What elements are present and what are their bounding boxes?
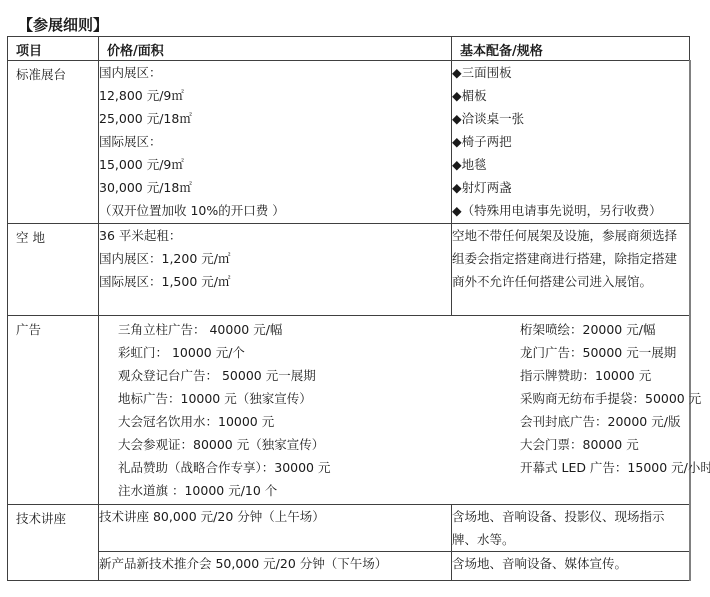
table-row-standard-booth: 标准展台 国内展区： 12,800 元/9㎡ 25,000 元/18㎡ 国际展区… (8, 61, 690, 224)
ad-option: 观众登记台广告： 50000 元一展期 (118, 364, 331, 387)
equipment-item: ◆三面围板 (452, 61, 689, 84)
ad-option: 彩虹门： 10000 元/个 (118, 341, 331, 364)
ad-option: 地标广告：10000 元（独家宣传） (118, 387, 331, 410)
table-row-tech-seminar-morning: 技术讲座 技术讲座 80,000 元/20 分钟（上午场） 含场地、音响设备、投… (8, 505, 690, 552)
item-label: 空 地 (8, 224, 98, 248)
equipment-cell: 含场地、音响设备、投影仪、现场指示牌、水等。 (452, 505, 690, 552)
item-cell: 标准展台 (8, 61, 99, 224)
price-line: 30,000 元/18㎡ (99, 176, 451, 199)
equipment-description: 含场地、音响设备、投影仪、现场指示牌、水等。 (452, 505, 689, 551)
item-cell: 空 地 (8, 224, 99, 316)
ad-option: 龙门广告：50000 元一展期 (520, 341, 710, 364)
price-cell: 国内展区： 12,800 元/9㎡ 25,000 元/18㎡ 国际展区： 15,… (99, 61, 452, 224)
price-line: 国内展区： (99, 61, 451, 84)
header-equipment-spec: 基本配备/规格 (452, 37, 690, 61)
equipment-cell: 空地不带任何展架及设施，参展商须选择组委会指定搭建商进行搭建，除指定搭建商外不允… (452, 224, 690, 316)
equipment-cell: 含场地、音响设备、媒体宣传。 (452, 552, 690, 581)
equipment-item: ◆椅子两把 (452, 130, 689, 153)
equipment-item: ◆射灯两盏 (452, 176, 689, 199)
ad-option: 会刊封底广告：20000 元/版 (520, 410, 710, 433)
ad-option: 大会门票：80000 元 (520, 433, 710, 456)
advertising-list-left: 三角立柱广告： 40000 元/幅 彩虹门： 10000 元/个 观众登记台广告… (118, 318, 331, 502)
ad-option: 三角立柱广告： 40000 元/幅 (118, 318, 331, 341)
price-line: 国内展区：1,200 元/㎡ (99, 247, 451, 270)
ad-option: 礼品赞助（战略合作专享）：30000 元 (118, 456, 331, 479)
ad-option: 采购商无纺布手提袋：50000 元 (520, 387, 710, 410)
equipment-item: ◆地毯 (452, 153, 689, 176)
table-header-row: 项目 价格/面积 基本配备/规格 (8, 37, 690, 61)
price-note: （双开位置加收 10%的开口费 ） (99, 199, 451, 222)
price-line: 国际展区：1,500 元/㎡ (99, 270, 451, 293)
ad-option: 开幕式 LED 广告：15000 元/小时 (520, 456, 710, 479)
item-cell: 技术讲座 (8, 505, 99, 581)
ad-option: 大会参观证：80000 元（独家宣传） (118, 433, 331, 456)
price-line: 36 平米起租： (99, 224, 451, 247)
equipment-description: 空地不带任何展架及设施，参展商须选择组委会指定搭建商进行搭建，除指定搭建商外不允… (452, 224, 689, 293)
price-line: 技术讲座 80,000 元/20 分钟（上午场） (99, 505, 451, 528)
ad-option: 指示牌赞助：10000 元 (520, 364, 710, 387)
price-line: 12,800 元/9㎡ (99, 84, 451, 107)
advertising-list-right: 桁架喷绘：20000 元/幅 龙门广告：50000 元一展期 指示牌赞助：100… (520, 318, 710, 479)
price-line: 25,000 元/18㎡ (99, 107, 451, 130)
price-cell: 36 平米起租： 国内展区：1,200 元/㎡ 国际展区：1,500 元/㎡ (99, 224, 452, 316)
equipment-item: ◆洽谈桌一张 (452, 107, 689, 130)
item-cell: 广告 (8, 316, 99, 505)
equipment-description: 含场地、音响设备、媒体宣传。 (452, 552, 689, 575)
header-item: 项目 (8, 37, 99, 61)
item-label: 技术讲座 (8, 505, 98, 529)
price-cell: 技术讲座 80,000 元/20 分钟（上午场） (99, 505, 452, 552)
ad-option: 大会冠名饮用水：10000 元 (118, 410, 331, 433)
equipment-item: ◆楣板 (452, 84, 689, 107)
equipment-cell: ◆三面围板 ◆楣板 ◆洽谈桌一张 ◆椅子两把 ◆地毯 ◆射灯两盏 ◆（特殊用电请… (452, 61, 690, 224)
header-price-area: 价格/面积 (99, 37, 452, 61)
table-row-open-space: 空 地 36 平米起租： 国内展区：1,200 元/㎡ 国际展区：1,500 元… (8, 224, 690, 316)
price-cell: 新产品新技术推介会 50,000 元/20 分钟（下午场） (99, 552, 452, 581)
item-label: 广告 (8, 316, 98, 340)
section-title: 【参展细则】 (18, 14, 108, 35)
equipment-item: ◆（特殊用电请事先说明，另行收费） (452, 199, 689, 222)
ad-option: 注水道旗 ：10000 元/10 个 (118, 479, 331, 502)
advertising-options-cell: 三角立柱广告： 40000 元/幅 彩虹门： 10000 元/个 观众登记台广告… (99, 316, 690, 505)
ad-option: 桁架喷绘：20000 元/幅 (520, 318, 710, 341)
price-line: 国际展区： (99, 130, 451, 153)
exhibition-rules-table: 项目 价格/面积 基本配备/规格 标准展台 国内展区： 12,800 元/9㎡ … (7, 36, 691, 581)
price-line: 新产品新技术推介会 50,000 元/20 分钟（下午场） (99, 552, 451, 575)
table-row-tech-seminar-afternoon: 新产品新技术推介会 50,000 元/20 分钟（下午场） 含场地、音响设备、媒… (8, 552, 690, 581)
price-line: 15,000 元/9㎡ (99, 153, 451, 176)
table-row-advertising: 广告 三角立柱广告： 40000 元/幅 彩虹门： 10000 元/个 观众登记… (8, 316, 690, 505)
item-label: 标准展台 (8, 61, 98, 85)
